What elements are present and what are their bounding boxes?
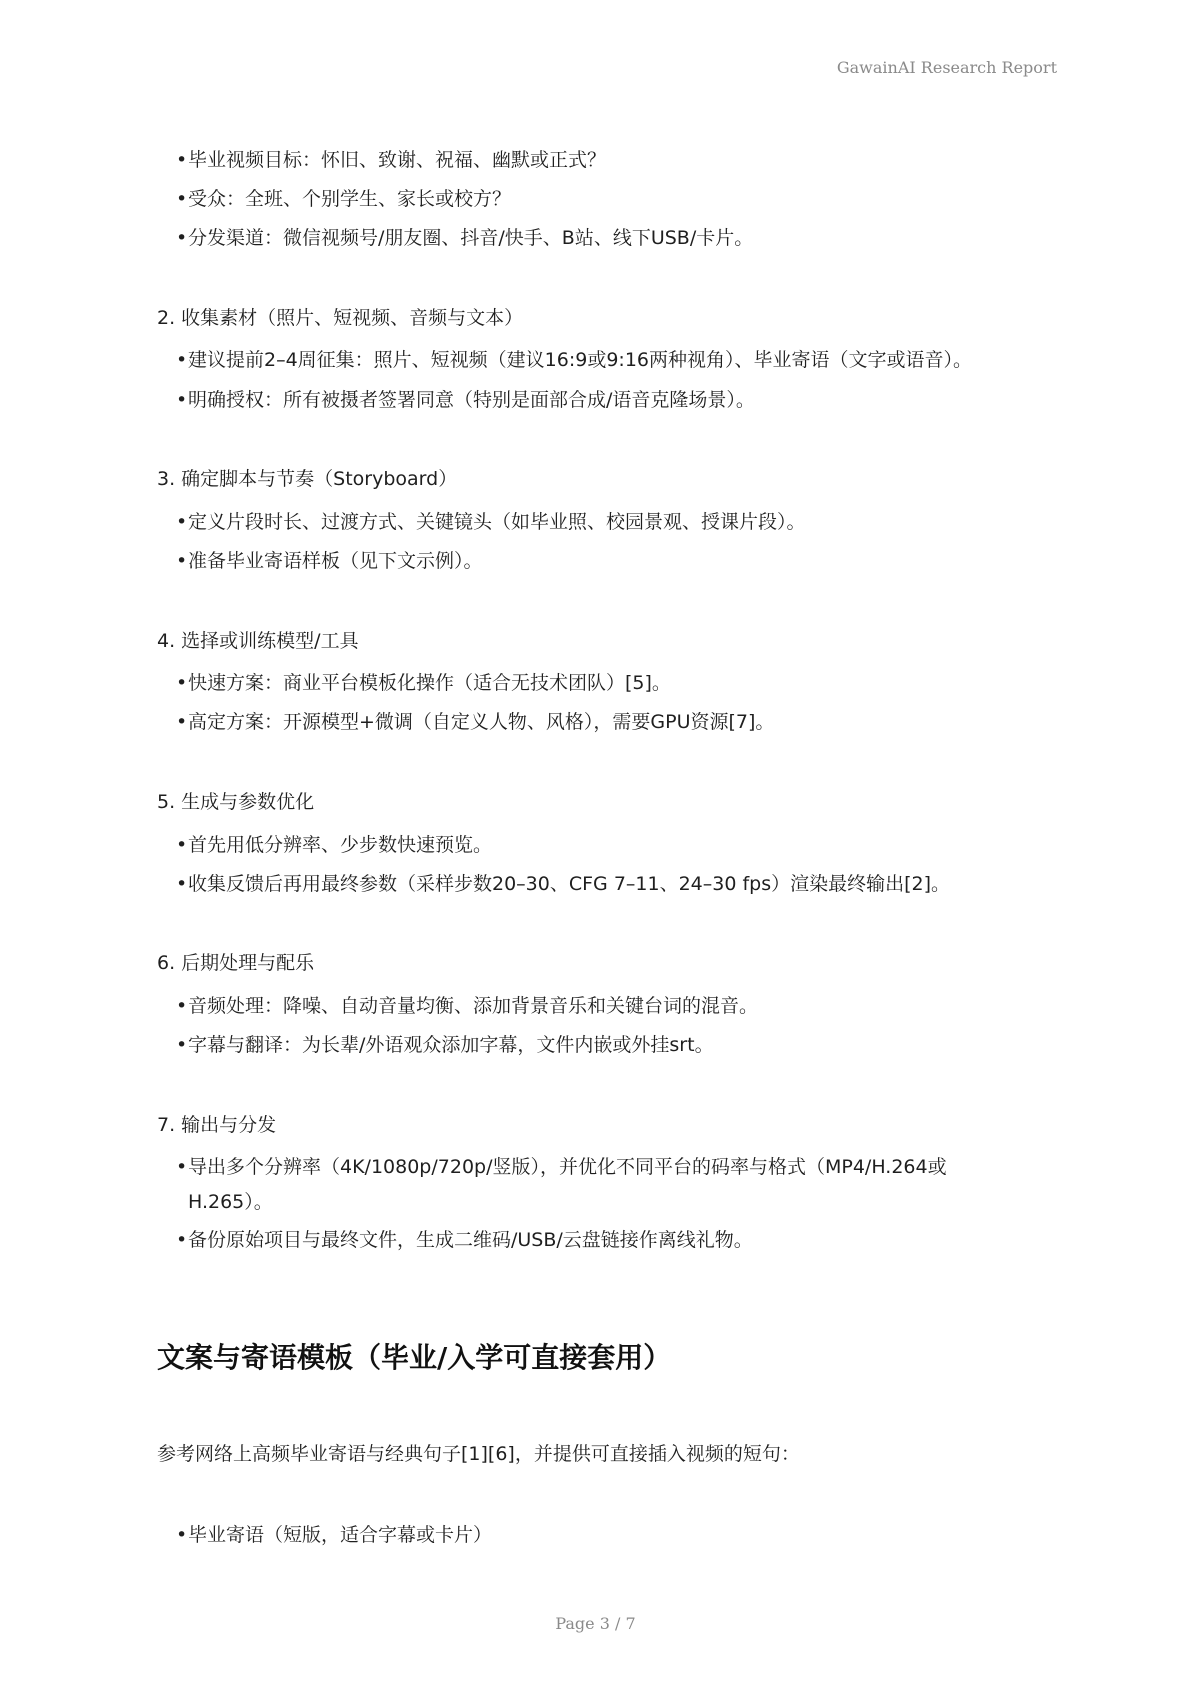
- report-header: GawainAI Research Report: [837, 58, 1057, 77]
- list-item: • 毕业寄语（短版，适合字幕或卡片）: [176, 1522, 1036, 1548]
- bullet-icon: •: [176, 225, 187, 251]
- bullet-icon: •: [176, 1154, 187, 1180]
- step-heading: 5. 生成与参数优化: [157, 789, 314, 815]
- list-item: • 准备毕业寄语样板（见下文示例）。: [176, 548, 1036, 574]
- step-heading: 2. 收集素材（照片、短视频、音频与文本）: [157, 305, 523, 331]
- list-item: • 快速方案：商业平台模板化操作（适合无技术团队）[5]。: [176, 670, 1036, 696]
- bullet-icon: •: [176, 548, 187, 574]
- step-heading: 3. 确定脚本与节奏（Storyboard）: [157, 466, 457, 492]
- list-item: • 音频处理：降噪、自动音量均衡、添加背景音乐和关键台词的混音。: [176, 993, 1036, 1019]
- list-item: • 收集反馈后再用最终参数（采样步数20–30、CFG 7–11、24–30 f…: [176, 871, 1036, 897]
- bullet-icon: •: [176, 1227, 187, 1253]
- bullet-icon: •: [176, 387, 187, 413]
- bullet-icon: •: [176, 993, 187, 1019]
- list-item: • 受众：全班、个别学生、家长或校方？: [176, 186, 1036, 212]
- section-intro: 参考网络上高频毕业寄语与经典句子[1][6]，并提供可直接插入视频的短句：: [157, 1441, 800, 1467]
- list-item: • 字幕与翻译：为长辈/外语观众添加字幕，文件内嵌或外挂srt。: [176, 1032, 1036, 1058]
- list-item: • 备份原始项目与最终文件，生成二维码/USB/云盘链接作离线礼物。: [176, 1227, 1036, 1253]
- list-item: • 分发渠道：微信视频号/朋友圈、抖音/快手、B站、线下USB/卡片。: [176, 225, 1036, 251]
- bullet-icon: •: [176, 871, 187, 897]
- bullet-icon: •: [176, 1522, 187, 1548]
- bullet-icon: •: [176, 1032, 187, 1058]
- step-heading: 7. 输出与分发: [157, 1112, 276, 1138]
- bullet-icon: •: [176, 709, 187, 735]
- step-heading: 6. 后期处理与配乐: [157, 950, 314, 976]
- list-item: • 毕业视频目标：怀旧、致谢、祝福、幽默或正式？: [176, 147, 1036, 173]
- bullet-icon: •: [176, 670, 187, 696]
- list-item: • 定义片段时长、过渡方式、关键镜头（如毕业照、校园景观、授课片段）。: [176, 509, 1036, 535]
- list-item: • 导出多个分辨率（4K/1080p/720p/竖版），并优化不同平台的码率与格…: [176, 1150, 1021, 1220]
- list-item: • 明确授权：所有被摄者签署同意（特别是面部合成/语音克隆场景）。: [176, 387, 1036, 413]
- step-heading: 4. 选择或训练模型/工具: [157, 628, 359, 654]
- bullet-icon: •: [176, 347, 187, 373]
- list-item: • 高定方案：开源模型+微调（自定义人物、风格），需要GPU资源[7]。: [176, 709, 1036, 735]
- bullet-icon: •: [176, 147, 187, 173]
- list-item: • 建议提前2–4周征集：照片、短视频（建议16:9或9:16两种视角）、毕业寄…: [176, 347, 1036, 373]
- bullet-icon: •: [176, 186, 187, 212]
- section-title: 文案与寄语模板（毕业/入学可直接套用）: [157, 1336, 671, 1376]
- bullet-icon: •: [176, 509, 187, 535]
- list-item: • 首先用低分辨率、少步数快速预览。: [176, 832, 1036, 858]
- page-number: Page 3 / 7: [0, 1614, 1191, 1633]
- bullet-icon: •: [176, 832, 187, 858]
